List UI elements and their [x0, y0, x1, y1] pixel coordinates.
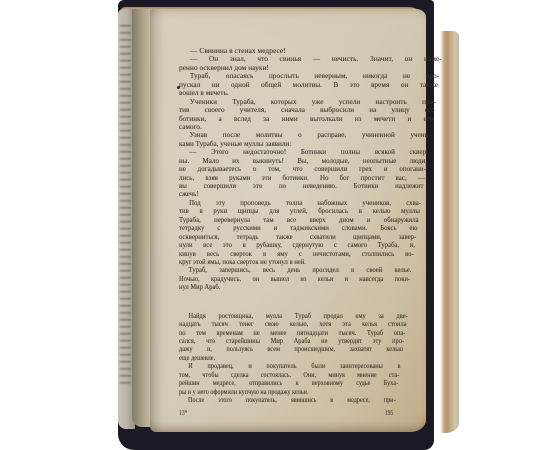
left-page-blurred-text: [120, 25, 131, 387]
text-lines: — Свинина в стенах медресе!— Он знал, чт…: [179, 47, 443, 405]
right-page: — Свинина в стенах медресе!— Он знал, чт…: [150, 9, 426, 432]
book-photo: — Свинина в стенах медресе!— Он знал, чт…: [118, 0, 434, 450]
text-line: нул Мир Араб.: [179, 283, 409, 291]
text-line: ботинки, а вслед за ними вытолкали из ме…: [179, 115, 433, 123]
text-block: — Свинина в стенах медресе!— Он знал, чт…: [179, 47, 443, 418]
signature-mark: 13*: [179, 410, 188, 418]
text-line: вы совершили это по неведению. Ботинки н…: [179, 182, 424, 190]
text-line: После этого покупатель, явившись в медре…: [179, 396, 396, 404]
footer-row: 13* 195: [179, 410, 393, 418]
page-number: 195: [385, 410, 394, 418]
